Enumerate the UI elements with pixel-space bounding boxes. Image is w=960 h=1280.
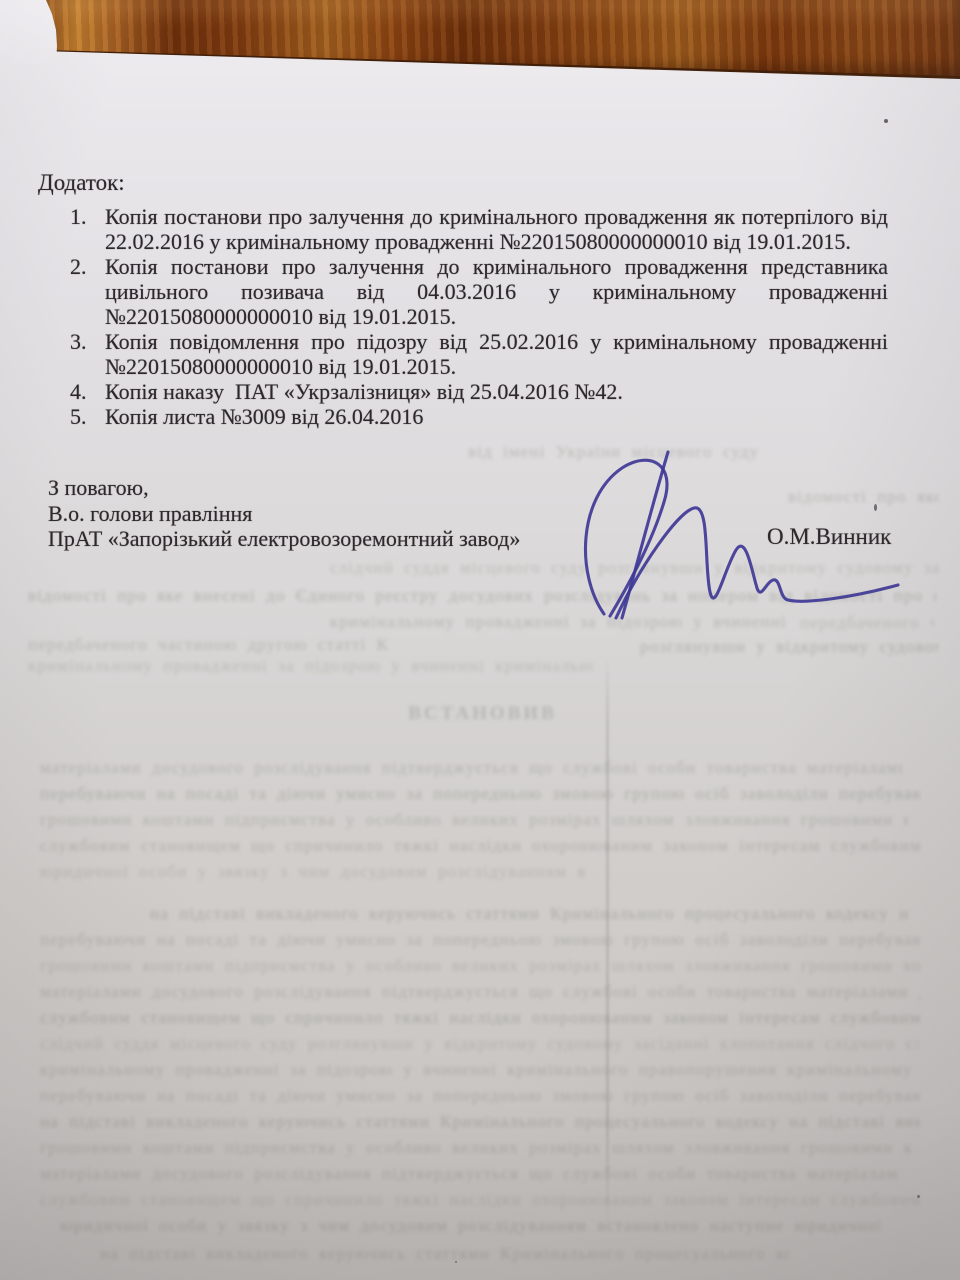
signer-name: О.М.Винник <box>767 524 891 550</box>
list-item: 5.Копія листа №3009 від 26.04.2016 <box>70 404 888 429</box>
bleedthrough-line: на підставі викладеного керуючись стаття… <box>100 1243 790 1264</box>
appendix-heading: Додаток: <box>38 170 125 196</box>
bleedthrough-line: перебуваючи на посаді та діючи умисно за… <box>40 1085 920 1106</box>
item-number: 2. <box>70 254 105 329</box>
bleedthrough-line: передбаченого частиною другою статті Кри… <box>28 634 388 655</box>
closing-position: В.о. голови правління <box>48 501 520 527</box>
bleedthrough-line: службовим становищем що спричинило тяжкі… <box>40 1189 920 1210</box>
bleedthrough-line: ВСТАНОВИВ <box>390 703 575 724</box>
closing-company: ПрАТ «Запорізький електровозоремонтний з… <box>48 526 520 552</box>
bleedthrough-line: матеріалами досудового розслідування під… <box>40 981 920 1002</box>
item-line: Копія постанови про залучення до криміна… <box>105 254 888 279</box>
bleedthrough-line: на підставі викладеного керуючись стаття… <box>150 903 910 924</box>
list-item: 3.Копія повідомлення про підозру від 25.… <box>70 329 888 379</box>
speck <box>917 1195 920 1198</box>
bleedthrough-line: юридичної особи у звязку з чим досудовим… <box>40 861 585 882</box>
bleedthrough-line: матеріалами досудового розслідування під… <box>40 1163 900 1184</box>
wooden-desk-edge <box>0 0 960 76</box>
item-line: Копія постанови про залучення до криміна… <box>105 204 888 229</box>
bleedthrough-line: перебуваючи на посаді та діючи умисно за… <box>40 783 920 804</box>
closing-salutation: З повагою, <box>48 475 520 501</box>
item-line: Копія наказу ПАТ «Укрзалізниця» від 25.0… <box>105 379 888 404</box>
bleedthrough-line: перебуваючи на посаді та діючи умисно за… <box>40 929 920 950</box>
bleedthrough-line: кримінальному провадженні за підозрою у … <box>40 1059 920 1080</box>
bleedthrough-line: грошовими коштами підприємства у особлив… <box>40 1137 912 1158</box>
bleedthrough-line: службовим становищем що спричинило тяжкі… <box>40 835 920 856</box>
handwritten-signature <box>552 446 912 661</box>
bleedthrough-line: юридичної особи у звязку з чим досудовим… <box>60 1215 880 1236</box>
item-text: Копія листа №3009 від 26.04.2016 <box>105 404 888 429</box>
item-number: 1. <box>70 204 105 254</box>
bleedthrough-line: на підставі викладеного керуючись стаття… <box>40 1111 920 1132</box>
list-item: 4.Копія наказу ПАТ «Укрзалізниця» від 25… <box>70 379 888 404</box>
item-line: №22015080000000010 від 19.01.2015. <box>105 354 888 379</box>
list-item: 1.Копія постанови про залучення до кримі… <box>70 204 888 254</box>
item-line: №22015080000000010 від 19.01.2015. <box>105 304 888 329</box>
appendix-list: 1.Копія постанови про залучення до кримі… <box>70 204 888 429</box>
list-item: 2.Копія постанови про залучення до кримі… <box>70 254 888 329</box>
bleedthrough-line: грошовими коштами підприємства у особлив… <box>40 809 908 830</box>
item-text: Копія постанови про залучення до криміна… <box>105 204 888 254</box>
bleedthrough-line: слідчий суддя місцевого суду розглянувши… <box>40 1033 920 1054</box>
bleedthrough-line: матеріалами досудового розслідування під… <box>40 757 902 778</box>
bleedthrough-line: грошовими коштами підприємства у особлив… <box>40 955 920 976</box>
speck <box>884 119 888 123</box>
item-line: 22.02.2016 у кримінальному провадженні №… <box>105 229 888 254</box>
bleedthrough-line: кримінальному провадженні за підозрою у … <box>28 655 593 676</box>
closing-block: З повагою, В.о. голови правління ПрАТ «З… <box>48 475 520 552</box>
item-line: Копія листа №3009 від 26.04.2016 <box>105 404 888 429</box>
speck <box>874 504 877 511</box>
item-text: Копія наказу ПАТ «Укрзалізниця» від 25.0… <box>105 379 888 404</box>
speck <box>455 1261 457 1263</box>
item-text: Копія повідомлення про підозру від 25.02… <box>105 329 888 379</box>
item-line: цивільного позивача від 04.03.2016 у кри… <box>105 279 888 304</box>
item-text: Копія постанови про залучення до криміна… <box>105 254 888 329</box>
bleedthrough-line: службовим становищем що спричинило тяжкі… <box>40 1007 920 1028</box>
item-number: 3. <box>70 329 105 379</box>
item-line: Копія повідомлення про підозру від 25.02… <box>105 329 888 354</box>
item-number: 4. <box>70 379 105 404</box>
item-number: 5. <box>70 404 105 429</box>
paper-crease-line <box>606 655 609 1230</box>
photo-of-document: від імені України місцевого суду від іме… <box>0 0 960 1280</box>
